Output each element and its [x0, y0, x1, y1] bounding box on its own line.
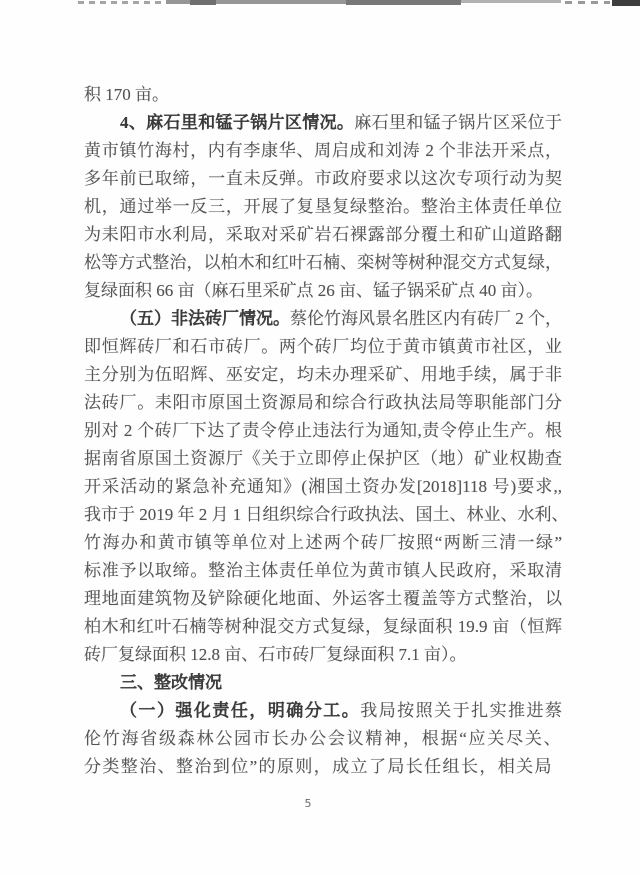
artifact-segment	[190, 0, 216, 5]
text-segment: 复绿面积 66 亩（麻石里采矿点 26 亩、锰子锅采矿点 40 亩）。	[84, 281, 543, 300]
artifact-segment	[612, 0, 640, 6]
scan-artifact-top	[0, 0, 640, 8]
heading-segment: （一）强化责任，明确分工。	[120, 701, 360, 720]
text-line: 柏木和红叶石楠等树种混交方式复绿，复绿面积 19.9 亩（恒辉	[84, 613, 562, 641]
text-line: 竹海办和黄市镇等单位对上述两个砖厂按照“两断三清一绿”	[84, 529, 562, 557]
text-segment: 蔡伦竹海风景名胜区内有砖厂 2 个，	[290, 309, 562, 328]
text-line: 砖厂复绿面积 12.8 亩、石市砖厂复绿面积 7.1 亩）。	[84, 641, 562, 669]
text-line: 别对 2 个砖厂下达了责令停止违法行为通知,责令停止生产。根	[84, 417, 562, 445]
artifact-segment	[346, 0, 461, 5]
text-segment: 法砖厂。耒阳市原国土资源局和综合行政执法局等职能部门分	[84, 393, 562, 412]
text-segment: 积 170 亩。	[84, 85, 169, 104]
text-line: 复绿面积 66 亩（麻石里采矿点 26 亩、锰子锅采矿点 40 亩）。	[84, 277, 562, 305]
text-segment: 黄市镇竹海村，内有李康华、周启成和刘涛 2 个非法开采点，	[84, 141, 562, 160]
text-line: 标准予以取缔。整治主体责任单位为黄市镇人民政府，采取清	[84, 557, 562, 585]
text-segment: 机，通过举一反三，开展了复垦复绿整治。整治主体责任单位	[84, 197, 562, 216]
text-segment: 砖厂复绿面积 12.8 亩、石市砖厂复绿面积 7.1 亩）。	[84, 645, 467, 664]
text-line: 机，通过举一反三，开展了复垦复绿整治。整治主体责任单位	[84, 193, 562, 221]
text-line: 开采活动的紧急补充通知》(湘国土资办发[2018]118 号)要求,,	[84, 473, 562, 501]
artifact-segment	[565, 1, 610, 4]
text-segment: 据南省原国土资源厅《关于立即停止保护区（地）矿业权勘查	[84, 449, 562, 468]
section-heading-line: 4、麻石里和锰子锅片区情况。麻石里和锰子锅片区采位于	[84, 109, 562, 137]
text-line: 积 170 亩。	[84, 81, 562, 109]
artifact-segment	[461, 0, 561, 3]
section-heading-line: （五）非法砖厂情况。蔡伦竹海风景名胜区内有砖厂 2 个，	[84, 305, 562, 333]
text-segment: 我市于 2019 年 2 月 1 日组织综合行政执法、国土、林业、水利、	[84, 505, 569, 524]
text-segment: 柏木和红叶石楠等树种混交方式复绿，复绿面积 19.9 亩（恒辉	[84, 617, 562, 636]
document-page: 积 170 亩。 4、麻石里和锰子锅片区情况。麻石里和锰子锅片区采位于 黄市镇竹…	[0, 0, 640, 876]
text-line: 据南省原国土资源厅《关于立即停止保护区（地）矿业权勘查	[84, 445, 562, 473]
page-number: 5	[296, 797, 320, 810]
section-heading-line: 三、整改情况	[84, 669, 562, 697]
text-line: 多年前已取缔，一直未反弹。市政府要求以这次专项行动为契	[84, 165, 562, 193]
text-segment: 分类整治、整治到位”的原则，成立了局长任组长，相关局	[84, 757, 553, 776]
section-heading-line: （一）强化责任，明确分工。我局按照关于扎实推进蔡	[84, 697, 562, 725]
text-line: 黄市镇竹海村，内有李康华、周启成和刘涛 2 个非法开采点，	[84, 137, 562, 165]
artifact-segment	[78, 1, 166, 4]
text-segment: 伦竹海省级森林公园市长办公会议精神，根据“应关尽关、	[84, 729, 562, 748]
text-line: 松等方式整治，以柏木和红叶石楠、栾树等树种混交方式复绿，	[84, 249, 562, 277]
text-segment: 即恒辉砖厂和石市砖厂。两个砖厂均位于黄市镇黄市社区，业	[84, 337, 562, 356]
document-body: 积 170 亩。 4、麻石里和锰子锅片区情况。麻石里和锰子锅片区采位于 黄市镇竹…	[84, 81, 562, 781]
text-line: 为耒阳市水利局，采取对采矿岩石裸露部分覆土和矿山道路翻	[84, 221, 562, 249]
text-segment: 开采活动的紧急补充通知》(湘国土资办发[2018]118 号)要求,,	[84, 477, 562, 496]
text-line: 伦竹海省级森林公园市长办公会议精神，根据“应关尽关、	[84, 725, 562, 753]
text-segment: 松等方式整治，以柏木和红叶石楠、栾树等树种混交方式复绿，	[84, 253, 562, 272]
text-segment: 多年前已取缔，一直未反弹。市政府要求以这次专项行动为契	[84, 169, 562, 188]
text-segment: 标准予以取缔。整治主体责任单位为黄市镇人民政府，采取清	[84, 561, 562, 580]
text-segment: 麻石里和锰子锅片区采位于	[354, 113, 562, 132]
text-line: 理地面建筑物及铲除硬化地面、外运客土覆盖等方式整治，以	[84, 585, 562, 613]
text-line: 主分别为伍昭辉、巫安定，均未办理采矿、用地手续，属于非	[84, 361, 562, 389]
text-segment: 竹海办和黄市镇等单位对上述两个砖厂按照“两断三清一绿”	[84, 533, 562, 552]
heading-segment: （五）非法砖厂情况。	[120, 309, 290, 328]
text-line: 分类整治、整治到位”的原则，成立了局长任组长，相关局	[84, 753, 562, 781]
heading-segment: 三、整改情况	[120, 673, 222, 692]
text-line: 法砖厂。耒阳市原国土资源局和综合行政执法局等职能部门分	[84, 389, 562, 417]
text-segment: 为耒阳市水利局，采取对采矿岩石裸露部分覆土和矿山道路翻	[84, 225, 562, 244]
text-segment: 我局按照关于扎实推进蔡	[360, 701, 562, 720]
text-segment: 理地面建筑物及铲除硬化地面、外运客土覆盖等方式整治，以	[84, 589, 562, 608]
text-line: 即恒辉砖厂和石市砖厂。两个砖厂均位于黄市镇黄市社区，业	[84, 333, 562, 361]
text-segment: 主分别为伍昭辉、巫安定，均未办理采矿、用地手续，属于非	[84, 365, 562, 384]
heading-segment: 4、麻石里和锰子锅片区情况。	[120, 113, 354, 132]
text-segment: 别对 2 个砖厂下达了责令停止违法行为通知,责令停止生产。根	[84, 421, 562, 440]
text-line: 我市于 2019 年 2 月 1 日组织综合行政执法、国土、林业、水利、	[84, 501, 562, 529]
